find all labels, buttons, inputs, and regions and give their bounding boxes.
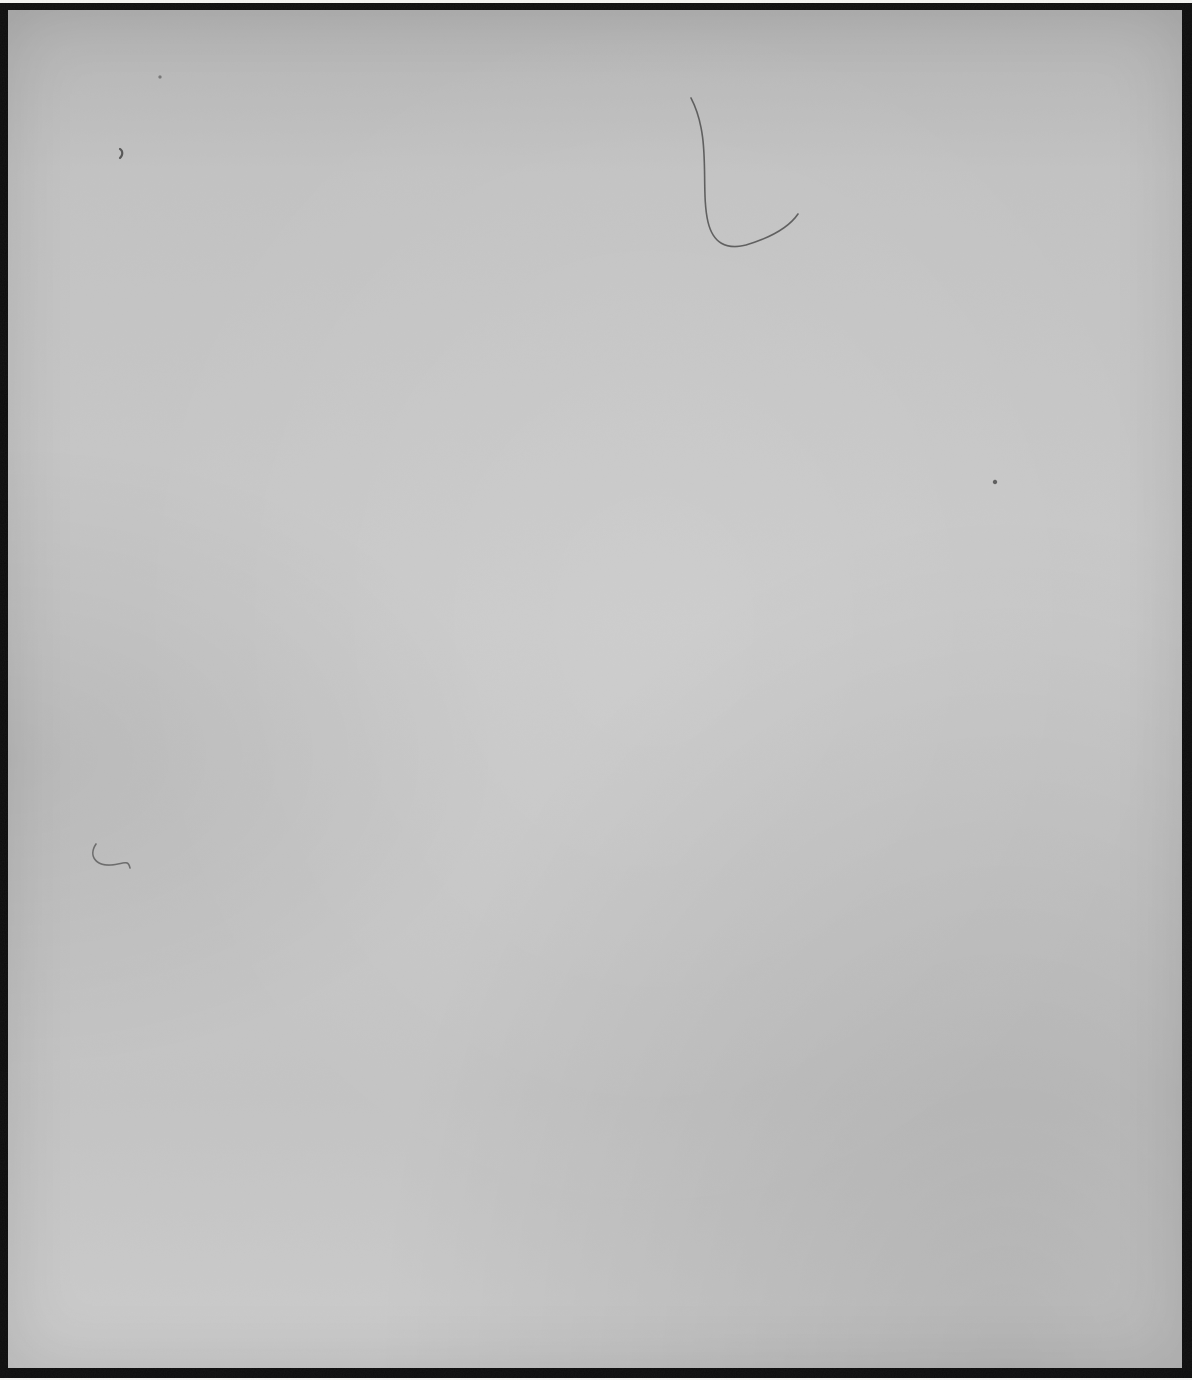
scanned-document-page: 29 Occasional sherds, mostly plain body …: [0, 0, 1192, 1380]
scan-edge-top: [0, 0, 1192, 3]
paper-sheet: [8, 10, 1182, 1368]
